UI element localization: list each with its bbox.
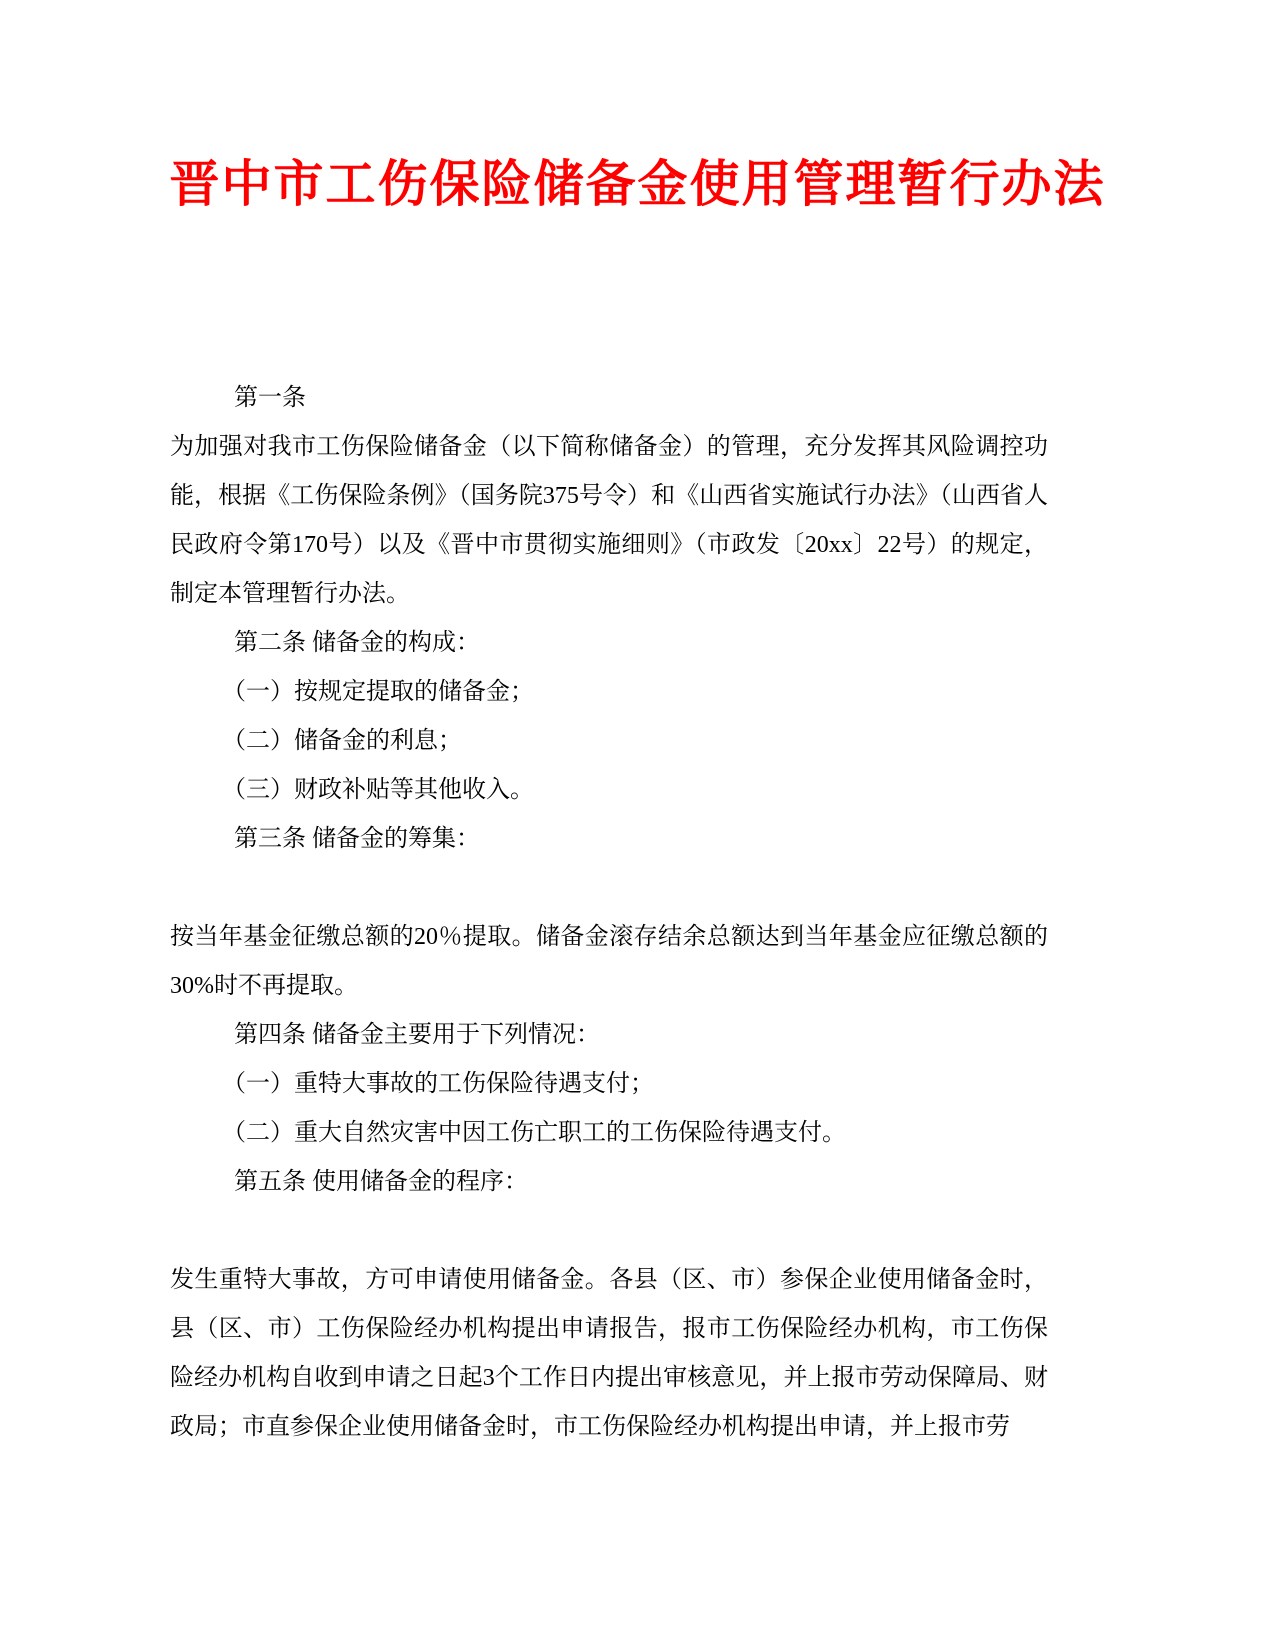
blank-line (170, 864, 1048, 913)
blank-line (170, 1207, 1048, 1256)
paragraph: （二）储备金的利息； (170, 717, 1048, 766)
paragraph: 发生重特大事故，方可申请使用储备金。各县（区、市）参保企业使用储备金时，县（区、… (170, 1256, 1048, 1452)
paragraph: 第三条 储备金的筹集： (170, 815, 1048, 864)
paragraph: 第二条 储备金的构成： (170, 619, 1048, 668)
paragraph: 第四条 储备金主要用于下列情况： (170, 1011, 1048, 1060)
paragraph: （一）按规定提取的储备金； (170, 668, 1048, 717)
paragraph: 第五条 使用储备金的程序： (170, 1158, 1048, 1207)
document-body: 第一条为加强对我市工伤保险储备金（以下简称储备金）的管理，充分发挥其风险调控功能… (170, 374, 1048, 1452)
paragraph: （一）重特大事故的工伤保险待遇支付； (170, 1060, 1048, 1109)
document-title: 晋中市工伤保险储备金使用管理暂行办法 (0, 154, 1275, 214)
document-page: 晋中市工伤保险储备金使用管理暂行办法 第一条为加强对我市工伤保险储备金（以下简称… (0, 0, 1275, 1650)
paragraph: （三）财政补贴等其他收入。 (170, 766, 1048, 815)
paragraph: 为加强对我市工伤保险储备金（以下简称储备金）的管理，充分发挥其风险调控功能，根据… (170, 423, 1048, 619)
paragraph: 按当年基金征缴总额的20％提取。储备金滚存结余总额达到当年基金应征缴总额的30%… (170, 913, 1048, 1011)
paragraph: （二）重大自然灾害中因工伤亡职工的工伤保险待遇支付。 (170, 1109, 1048, 1158)
paragraph: 第一条 (170, 374, 1048, 423)
